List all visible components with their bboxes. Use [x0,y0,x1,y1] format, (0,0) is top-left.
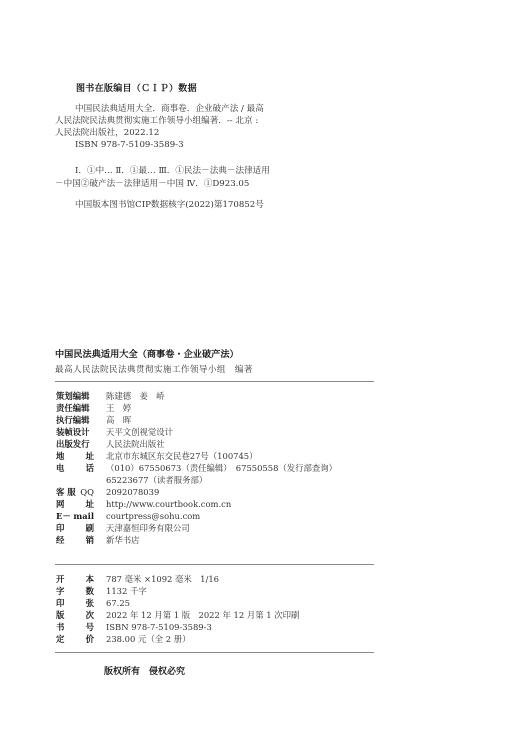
spec-row: 书 号 ISBN 978-7-5109-3589-3 [56,621,299,633]
spec-label: 版 次 [56,609,94,621]
address-label: 地 址 [56,450,94,462]
spec-label: 开 本 [56,573,94,585]
label-part: 网 [56,498,64,510]
label-part: 址 [86,450,94,462]
divider [55,381,374,382]
email-row: E－ mail courtpress@sohu.com [56,510,337,522]
phone-label: 电 话 [56,462,94,474]
cip-record-line: 中国民法典适用大全．商事卷．企业破产法 / 最高 [55,103,365,115]
label-part: 经 [56,534,64,546]
staff-value: 陈建德 姜 峤 [106,390,165,402]
staff-label: 责任编辑 [56,402,106,414]
spec-label: 印 张 [56,597,94,609]
label-part: 次 [86,609,94,621]
label-part: 话 [86,462,94,474]
spec-value: 238.00 元（全 2 册） [106,633,191,645]
qq-row: 客 服 QQ 2092078039 [56,486,337,498]
website-link[interactable]: http://www.courtbook.com.cn [106,498,231,510]
cip-classification: Ⅰ．①中… Ⅱ．①最… Ⅲ．①民法－法典－法律适用 －中国②破产法－法律适用－中… [55,165,270,190]
spec-row: 开 本 787 毫米 ×1092 毫米 1/16 [56,573,299,585]
label-part: 定 [56,633,64,645]
address-row: 地 址 北京市东城区东交民巷27号（100745） [56,450,337,462]
label-part: 销 [86,534,94,546]
label-part: 本 [86,573,94,585]
label-part: 数 [86,585,94,597]
staff-row: 出版发行 人民法院出版社 [56,438,337,450]
copyright-notice: 版权所有 侵权必究 [104,664,185,677]
spec-row: 字 数 1132 千字 [56,585,299,597]
spec-row: 定 价 238.00 元（全 2 册） [56,633,299,645]
label-part: 刷 [86,522,94,534]
staff-value: 天平文创视觉设计 [106,426,173,438]
label-part: 址 [86,498,94,510]
printer-row: 印 刷 天津嘉恒印务有限公司 [56,522,337,534]
label-part: 书 [56,621,64,633]
printer-value: 天津嘉恒印务有限公司 [106,522,190,534]
phone-row-cont: 65223677（读者服务部） [56,474,337,486]
cip-isbn: ISBN 978-7-5109-3589-3 [55,139,365,151]
staff-value: 人民法院出版社 [106,438,165,450]
email-label: E－ mail [56,510,94,522]
qq-value: 2092078039 [106,486,159,498]
book-title: 中国民法典适用大全（商事卷・企业破产法） [55,346,239,360]
label-part: QQ [80,486,94,498]
divider [55,564,374,565]
label-part: 开 [56,573,64,585]
staff-value: 高 晖 [106,414,131,426]
staff-label: 出版发行 [56,438,106,450]
spec-value: 787 毫米 ×1092 毫米 1/16 [106,573,219,585]
staff-table: 策划编辑 陈建德 姜 峤 责任编辑 王 婷 执行编辑 高 晖 装帧设计 天平文创… [56,390,337,546]
email-link[interactable]: courtpress@sohu.com [106,510,200,522]
spec-value: 2022 年 12 月第 1 版 2022 年 12 月第 1 次印刷 [106,609,299,621]
address-value: 北京市东城区东交民巷27号（100745） [106,450,258,462]
website-row: 网 址 http://www.courtbook.com.cn [56,498,337,510]
distributor-label: 经 销 [56,534,94,546]
cip-record-line: 人民法院出版社，2022.12 [55,127,365,139]
divider [55,652,374,653]
staff-value: 王 婷 [106,402,131,414]
specs-table: 开 本 787 毫米 ×1092 毫米 1/16 字 数 1132 千字 印 张… [56,573,299,645]
cip-classification-line: －中国②破产法－法律适用－中国 Ⅳ．①D923.05 [55,178,270,191]
staff-row: 装帧设计 天平文创视觉设计 [56,426,337,438]
label-part: 客 服 [56,486,76,498]
cip-heading: 图书在版编目（ＣＩＰ）数据 [76,81,197,94]
label-part: 电 [56,462,64,474]
spec-row: 印 张 67.25 [56,597,299,609]
label-part: E－ [56,510,71,522]
staff-row: 执行编辑 高 晖 [56,414,337,426]
label-part: 印 [56,522,64,534]
cip-record: 中国民法典适用大全．商事卷．企业破产法 / 最高 人民法院民法典贯彻实施工作领导… [55,103,365,151]
cip-record-line: 人民法院民法典贯彻实施工作领导小组编著．-- 北京 : [55,115,365,127]
distributor-row: 经 销 新华书店 [56,534,337,546]
distributor-value: 新华书店 [106,534,140,546]
spec-value: 67.25 [106,597,130,609]
staff-label: 装帧设计 [56,426,106,438]
spec-label: 书 号 [56,621,94,633]
staff-row: 策划编辑 陈建德 姜 峤 [56,390,337,402]
phone-value: （010）67550673（责任编辑） 67550558（发行部查询） [106,462,337,474]
staff-label: 执行编辑 [56,414,106,426]
label-part: mail [73,510,94,522]
phone-row: 电 话 （010）67550673（责任编辑） 67550558（发行部查询） [56,462,337,474]
phone-value-cont: 65223677（读者服务部） [56,474,207,486]
spec-value: 1132 千字 [106,585,147,597]
spec-row: 版 次 2022 年 12 月第 1 版 2022 年 12 月第 1 次印刷 [56,609,299,621]
book-author: 最高人民法院民法典贯彻实施工作领导小组 编著 [55,363,253,375]
spec-label: 字 数 [56,585,94,597]
spec-value: ISBN 978-7-5109-3589-3 [106,621,212,633]
label-part: 号 [86,621,94,633]
printer-label: 印 刷 [56,522,94,534]
label-part: 地 [56,450,64,462]
qq-label: 客 服 QQ [56,486,94,498]
staff-row: 责任编辑 王 婷 [56,402,337,414]
spec-label: 定 价 [56,633,94,645]
staff-label: 策划编辑 [56,390,106,402]
label-part: 版 [56,609,64,621]
cip-classification-line: Ⅰ．①中… Ⅱ．①最… Ⅲ．①民法－法典－法律适用 [55,165,270,178]
website-label: 网 址 [56,498,94,510]
label-part: 张 [86,597,94,609]
label-part: 价 [86,633,94,645]
label-part: 印 [56,597,64,609]
label-part: 字 [56,585,64,597]
cip-number: 中国版本图书馆CIP数据核字(2022)第170852号 [75,198,264,210]
